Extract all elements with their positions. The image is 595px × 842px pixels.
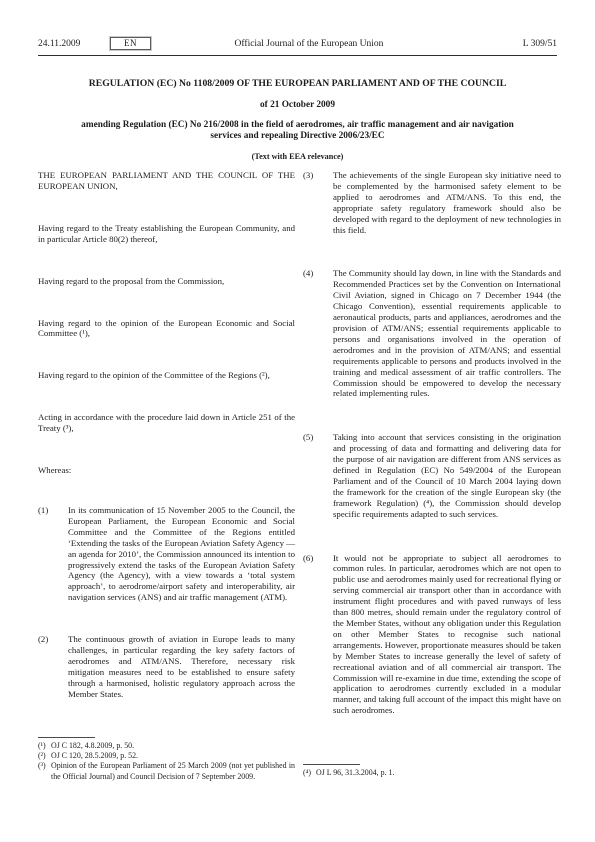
recital-2: (2) The continuous growth of aviation in… — [38, 634, 295, 699]
recital-3: (3) The achievements of the single Europ… — [303, 170, 561, 235]
footnotes-right: (⁴) OJ L 96, 31.3.2004, p. 1. — [303, 764, 560, 778]
page-header: 24.11.2009 EN Official Journal of the Eu… — [38, 37, 557, 50]
recital-number: (5) — [303, 432, 313, 443]
footnote-text: Opinion of the European Parliament of 25… — [51, 761, 295, 780]
recital-number: (1) — [38, 505, 48, 516]
header-date: 24.11.2009 — [38, 39, 106, 49]
regulation-date: of 21 October 2009 — [58, 100, 537, 110]
journal-title: Official Journal of the European Union — [151, 39, 467, 49]
document-page: 24.11.2009 EN Official Journal of the Eu… — [0, 0, 595, 842]
footnote-marker: (¹) — [38, 741, 46, 751]
language-badge: EN — [110, 37, 151, 50]
citation-eesc-opinion: Having regard to the opinion of the Euro… — [38, 318, 295, 340]
regulation-subject: amending Regulation (EC) No 216/2008 in … — [58, 120, 537, 143]
footnote-separator — [303, 764, 360, 765]
footnote-marker: (⁴) — [303, 768, 311, 778]
title-block: REGULATION (EC) No 1108/2009 OF THE EURO… — [58, 78, 537, 161]
recital-number: (2) — [38, 634, 48, 645]
preamble-opening: THE EUROPEAN PARLIAMENT AND THE COUNCIL … — [38, 170, 295, 192]
page-number: L 309/51 — [467, 39, 557, 49]
citation-procedure: Acting in accordance with the procedure … — [38, 412, 295, 434]
recital-text: The Community should lay down, in line w… — [333, 268, 561, 398]
recital-text: In its communication of 15 November 2005… — [68, 505, 295, 602]
left-column: THE EUROPEAN PARLIAMENT AND THE COUNCIL … — [38, 170, 295, 731]
recital-number: (4) — [303, 268, 313, 279]
footnote-separator — [38, 737, 95, 738]
right-column: (3) The achievements of the single Europ… — [303, 170, 561, 749]
citation-treaty: Having regard to the Treaty establishing… — [38, 223, 295, 245]
regulation-title: REGULATION (EC) No 1108/2009 OF THE EURO… — [58, 78, 537, 90]
footnote-2: (²) OJ C 120, 28.5.2009, p. 52. — [38, 751, 295, 761]
footnote-1: (¹) OJ C 182, 4.8.2009, p. 50. — [38, 741, 295, 751]
footnote-marker: (²) — [38, 751, 46, 761]
footnote-text: OJ C 120, 28.5.2009, p. 52. — [51, 751, 138, 760]
recital-text: The continuous growth of aviation in Eur… — [68, 634, 295, 699]
recital-number: (3) — [303, 170, 313, 181]
recital-text: Taking into account that services consis… — [333, 432, 561, 518]
recital-text: It would not be appropriate to subject a… — [333, 553, 561, 716]
header-divider — [38, 55, 557, 56]
footnote-3: (³) Opinion of the European Parliament o… — [38, 761, 295, 781]
whereas-label: Whereas: — [38, 465, 295, 476]
recital-number: (6) — [303, 553, 313, 564]
recital-text: The achievements of the single European … — [333, 170, 561, 235]
citation-cor-opinion: Having regard to the opinion of the Comm… — [38, 370, 295, 381]
footnote-text: OJ L 96, 31.3.2004, p. 1. — [316, 768, 394, 777]
footnote-4: (⁴) OJ L 96, 31.3.2004, p. 1. — [303, 768, 560, 778]
footnote-text: OJ C 182, 4.8.2009, p. 50. — [51, 741, 134, 750]
citation-proposal: Having regard to the proposal from the C… — [38, 276, 295, 287]
recital-4: (4) The Community should lay down, in li… — [303, 268, 561, 399]
eea-relevance-note: (Text with EEA relevance) — [58, 152, 537, 161]
footnote-marker: (³) — [38, 761, 46, 771]
recital-6: (6) It would not be appropriate to subje… — [303, 553, 561, 717]
recital-1: (1) In its communication of 15 November … — [38, 505, 295, 603]
recital-5: (5) Taking into account that services co… — [303, 432, 561, 519]
footnotes-left: (¹) OJ C 182, 4.8.2009, p. 50. (²) OJ C … — [38, 737, 295, 782]
